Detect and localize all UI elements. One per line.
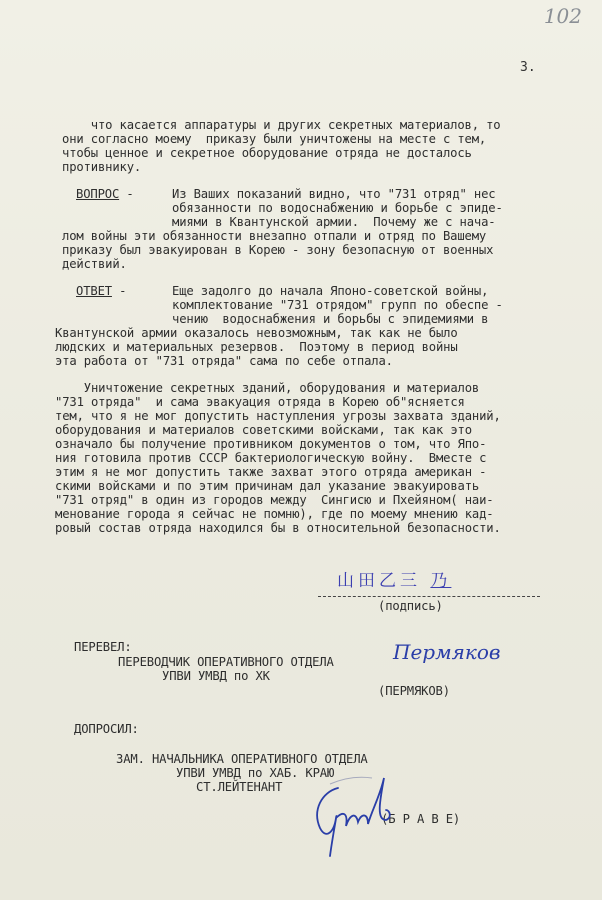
question-label-row: ВОПРОС - bbox=[76, 187, 134, 201]
signature-caption: (подпись) bbox=[378, 599, 443, 613]
question-line: обязанности по водоснабжению и борьбе с … bbox=[172, 201, 503, 215]
paragraph1-line: противнику. bbox=[62, 160, 141, 174]
answer-line: комплектование "731 отрядом" групп по об… bbox=[172, 298, 503, 312]
signature-mark: 乃 bbox=[430, 571, 451, 591]
answer-line: чению водоснабжения и борьбы с эпидемиям… bbox=[172, 312, 488, 326]
paragraph2-line: Уничтожение секретных зданий, оборудован… bbox=[55, 381, 479, 395]
answer-label-row: ОТВЕТ - bbox=[76, 284, 126, 298]
handwritten-signature-permyakov: Пермяков bbox=[393, 640, 501, 664]
translated-label: ПЕРЕВЕЛ: bbox=[74, 640, 132, 654]
translator-name: (ПЕРМЯКОВ) bbox=[378, 684, 450, 698]
handwritten-signature-yamada: 山田乙三 乃 bbox=[337, 566, 451, 591]
interrogated-label: ДОПРОСИЛ: bbox=[74, 722, 139, 736]
paragraph2-line: ровый состав отряда находился бы в относ… bbox=[55, 521, 501, 535]
paragraph1-line: что касается аппаратуры и других секретн… bbox=[62, 118, 500, 132]
interrogator-title: ЗАМ. НАЧАЛЬНИКА ОПЕРАТИВНОГО ОТДЕЛА bbox=[116, 752, 368, 766]
paragraph2-line: означало бы получение противником докуме… bbox=[55, 437, 486, 451]
interrogator-rank: СТ.ЛЕЙТЕНАНТ bbox=[196, 780, 282, 794]
paragraph2-line: "731 отряд" в один из городов между Синг… bbox=[55, 493, 493, 507]
paragraph2-line: этим я не мог допустить также захват это… bbox=[55, 465, 486, 479]
question-continuation: действий. bbox=[62, 257, 127, 271]
question-continuation: лом войны эти обязанности внезапно отпал… bbox=[62, 229, 486, 243]
paragraph2-line: ния готовила против СССР бактериологичес… bbox=[55, 451, 486, 465]
answer-line: Еще задолго до начала Японо-советской во… bbox=[172, 284, 488, 298]
answer-dash: - bbox=[112, 284, 126, 298]
question-dash: - bbox=[119, 187, 133, 201]
question-label: ВОПРОС bbox=[76, 187, 119, 201]
answer-continuation: эта работа от "731 отряда" сама по себе … bbox=[55, 354, 393, 368]
question-line: Из Ваших показаний видно, что "731 отряд… bbox=[172, 187, 495, 201]
archive-sheet-number: 102 bbox=[544, 4, 582, 28]
paragraph1-line: они согласно моему приказу были уничтоже… bbox=[62, 132, 486, 146]
signature-name: 山田乙三 bbox=[337, 571, 421, 591]
question-continuation: приказу был эвакуирован в Корею - зону б… bbox=[62, 243, 493, 257]
paragraph2-line: скими войсками и по этим причинам дал ук… bbox=[55, 479, 479, 493]
translator-dept: УПВИ УМВД по ХК bbox=[162, 669, 270, 683]
answer-continuation: людских и материальных резервов. Поэтому… bbox=[55, 340, 458, 354]
paragraph2-line: "731 отряда" и сама эвакуация отряда в К… bbox=[55, 395, 465, 409]
answer-label: ОТВЕТ bbox=[76, 284, 112, 298]
signature-line bbox=[318, 596, 540, 597]
paragraph2-line: оборудования и материалов советскими вой… bbox=[55, 423, 472, 437]
document-page: 102 3. что касается аппаратуры и других … bbox=[0, 0, 602, 900]
page-number: 3. bbox=[520, 60, 536, 75]
translator-title: ПЕРЕВОДЧИК ОПЕРАТИВНОГО ОТДЕЛА bbox=[118, 655, 334, 669]
answer-continuation: Квантунской армии оказалось невозможным,… bbox=[55, 326, 458, 340]
paragraph2-line: менование города я сейчас не помню), где… bbox=[55, 507, 493, 521]
paragraph1-line: чтобы ценное и секретное оборудование от… bbox=[62, 146, 472, 160]
handwritten-signature-brave bbox=[310, 770, 420, 860]
paragraph2-line: тем, что я не мог допустить наступления … bbox=[55, 409, 501, 423]
question-line: миями в Квантунской армии. Почему же с н… bbox=[172, 215, 495, 229]
